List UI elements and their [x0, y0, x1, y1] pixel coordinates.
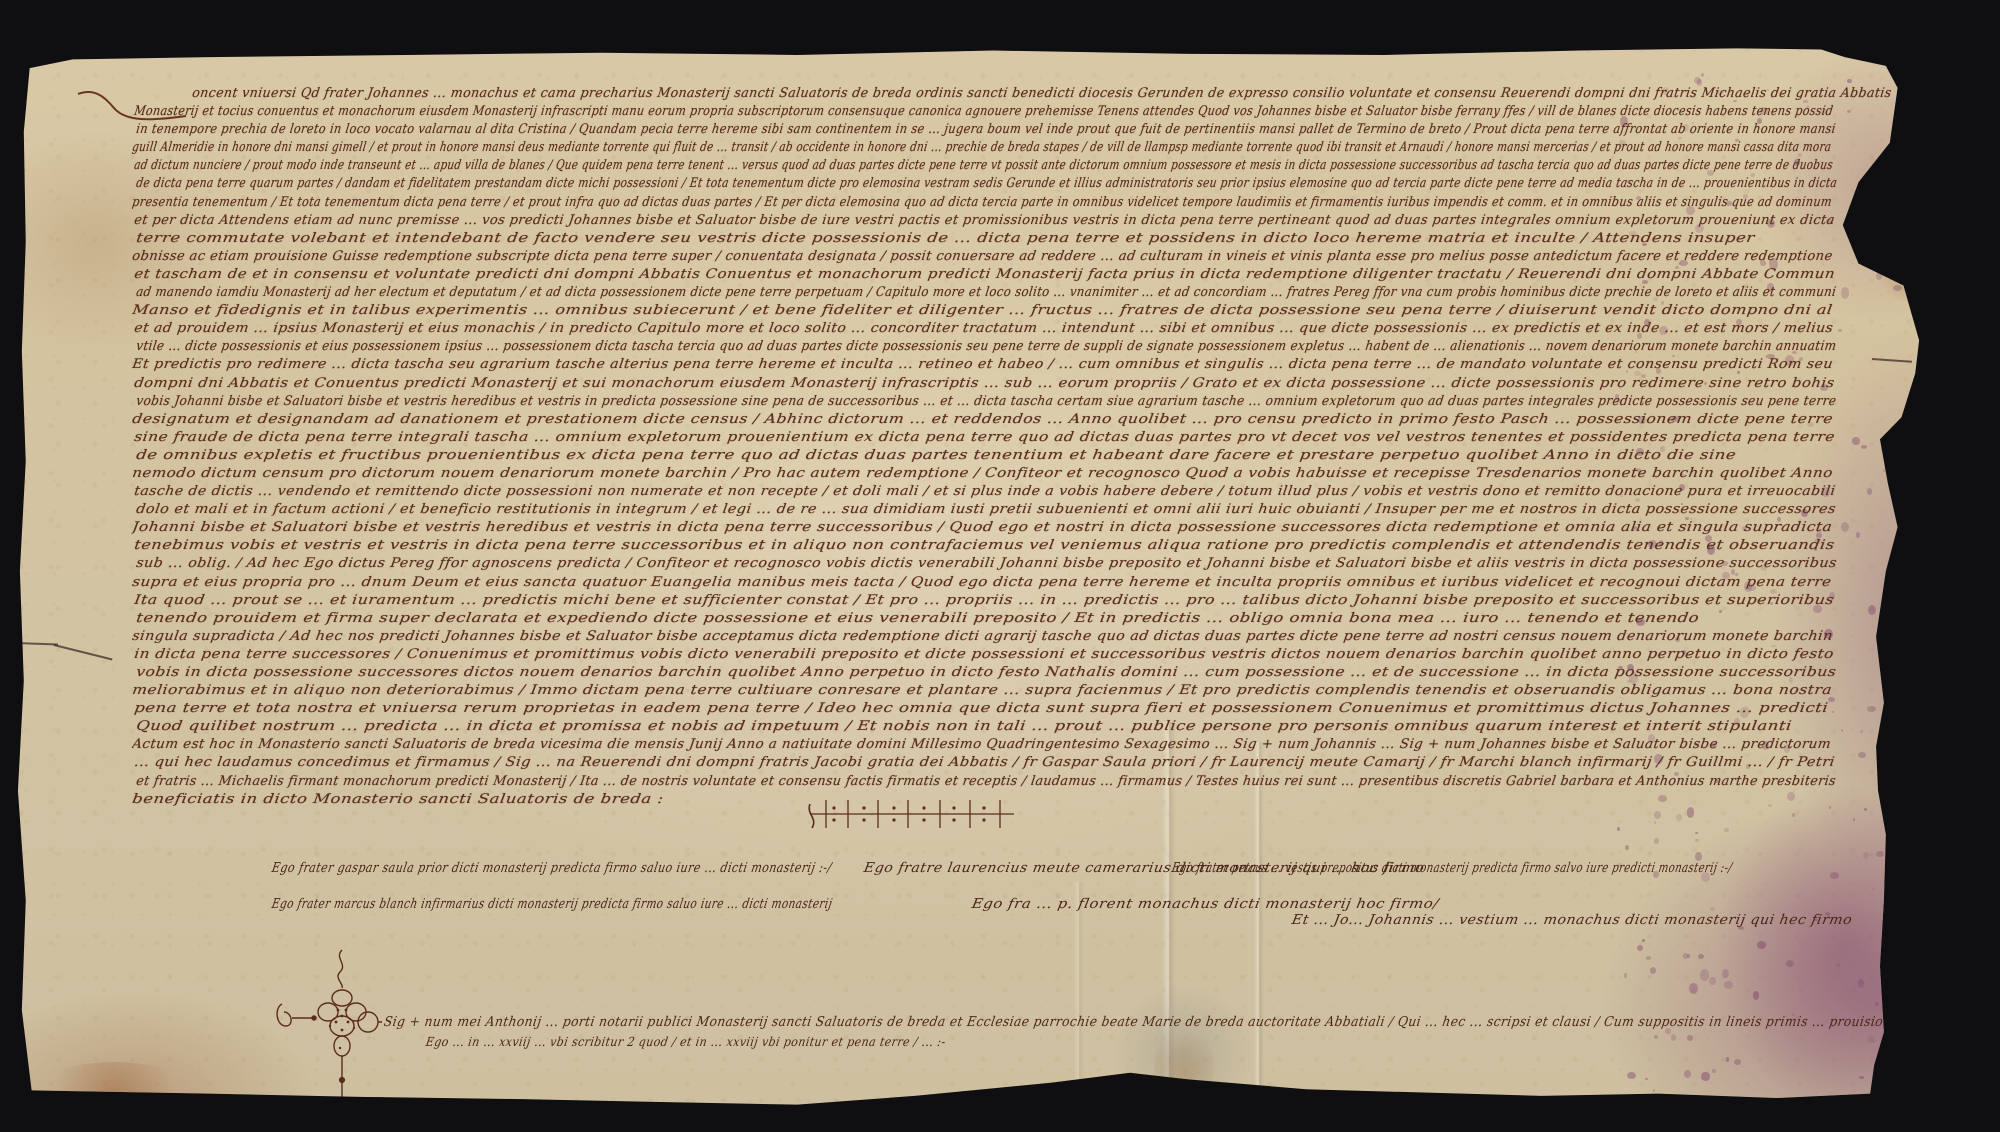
charter-line: obnisse ac etiam prouisione Guisse redem…: [131, 249, 1934, 267]
charter-line: sub ... oblig. / Ad hec Ego dictus Pereg…: [135, 556, 1934, 574]
mold-speck: [1695, 839, 1699, 843]
mold-speck: [1917, 939, 1920, 941]
mold-speck: [1890, 996, 1894, 1002]
charter-line: in dicta pena terre successores / Conuen…: [133, 647, 1934, 665]
mold-speck: [1876, 851, 1883, 858]
subscription-line: Et ... Jo... Johannis ... vestium ... mo…: [1291, 912, 1854, 928]
charter-line-text: vtile ... dicte possessionis et eius pos…: [135, 339, 1837, 354]
mold-speck: [1637, 945, 1643, 951]
mold-speck: [1684, 1070, 1691, 1078]
water-stain: [1154, 1022, 1214, 1122]
charter-line: designatum et designandam ad danationem …: [131, 412, 1934, 430]
charter-line-text: et per dicta Attendens etiam ad nunc pre…: [133, 213, 1836, 228]
mold-speck: [1907, 1019, 1909, 1021]
charter-line-text: tasche de dictis ... vendendo et remitte…: [133, 484, 1836, 499]
mold-speck: [1906, 776, 1914, 782]
mold-speck: [1903, 430, 1910, 437]
mold-speck: [1917, 899, 1926, 910]
charter-line-text: Manso et fidedignis et in talibus experi…: [131, 303, 1833, 318]
parchment-crack: [54, 644, 113, 660]
charter-line: singula supradicta / Ad hec nos predicti…: [131, 629, 1934, 647]
mold-speck: [1888, 144, 1890, 146]
mold-speck: [1899, 733, 1908, 741]
charter-line-text: et ad prouidem ... ipsius Monasterij et …: [133, 321, 1834, 336]
charter-line-text: ... qui hec laudamus concedimus et firma…: [133, 755, 1836, 770]
mold-speck: [1898, 1051, 1904, 1055]
mold-stain: [1714, 782, 1974, 1112]
mold-speck: [1924, 671, 1931, 678]
mold-speck: [1646, 956, 1651, 960]
fold-crease: [1074, 882, 1084, 1082]
mold-speck: [1933, 200, 1937, 205]
mold-speck: [1853, 818, 1856, 820]
mold-speck: [1654, 838, 1660, 844]
charter-line: ad manendo iamdiu Monasterij ad her elec…: [135, 285, 1934, 303]
mold-speck: [1889, 702, 1896, 711]
charter-line-text: tenendo prouidem et firma super declarat…: [135, 611, 1700, 626]
water-stain: [34, 1062, 194, 1122]
subscription-line: Ego fra ... p. florent monachus dicti mo…: [971, 896, 1441, 912]
mold-speck: [1625, 845, 1629, 849]
mold-speck: [1617, 827, 1621, 831]
mold-speck: [1932, 786, 1940, 794]
charter-body: oncent vniuersi Qd frater Johannes ... m…: [132, 86, 1932, 810]
notarial-sign-icon: [272, 942, 382, 1112]
mold-speck: [1921, 392, 1928, 401]
mold-speck: [1929, 654, 1931, 655]
charter-line-text: in tenempore prechia de loreto in loco v…: [135, 122, 1837, 137]
charter-line-text: nemodo dictum censum pro dictorum nouem …: [131, 466, 1834, 481]
mold-speck: [1847, 79, 1851, 82]
mold-speck: [1830, 872, 1838, 878]
mold-speck: [1654, 1035, 1659, 1039]
charter-line: tasche de dictis ... vendendo et remitte…: [133, 484, 1934, 502]
charter-line-text: terre commutate volebant et intendebant …: [135, 231, 1755, 246]
charter-line: sine fraude de dicta pena terre integral…: [133, 430, 1934, 448]
charter-line-text: Actum est hoc in Monasterio sancti Salua…: [131, 737, 1832, 752]
charter-line-text: et tascham de et in consensu et voluntat…: [133, 267, 1836, 282]
charter-line-text: guill Almeridie in honore dni mansi gime…: [131, 140, 1832, 155]
charter-line-text: supra et eius propria pro ... dnum Deum …: [131, 575, 1832, 590]
charter-line-text: de omnibus expletis et fructibus proueni…: [135, 448, 1737, 463]
mold-speck: [1907, 267, 1914, 271]
charter-line: pena terre et tota nostra et vniuersa re…: [133, 701, 1934, 719]
charter-line-text: sub ... oblig. / Ad hec Ego dictus Pereg…: [135, 556, 1838, 571]
mold-speck: [1645, 1078, 1648, 1080]
mold-speck: [1888, 1017, 1891, 1020]
charter-line-text: singula supradicta / Ad hec nos predicti…: [131, 629, 1834, 644]
parchment-sheet: oncent vniuersi Qd frater Johannes ... m…: [14, 22, 1972, 1120]
mold-speck: [1935, 874, 1939, 878]
mold-speck: [1858, 979, 1864, 988]
mold-speck: [1928, 885, 1937, 896]
mold-speck: [1724, 981, 1733, 989]
mold-speck: [1929, 611, 1936, 619]
mold-speck: [1642, 939, 1645, 942]
mold-speck: [1724, 828, 1729, 832]
charter-line: meliorabimus et in aliquo non deteriorab…: [131, 683, 1934, 701]
mold-speck: [1757, 941, 1766, 949]
charter-line-text: designatum et designandam ad danationem …: [131, 412, 1834, 427]
mold-speck: [1694, 77, 1700, 84]
mold-speck: [1687, 954, 1690, 958]
mold-speck: [1880, 956, 1887, 961]
subscription-line: Ego frater petrus ... vestis prepositus …: [1171, 860, 1734, 876]
charter-line-text: beneficiatis in dicto Monasterio sancti …: [131, 792, 664, 807]
charter-line: Et predictis pro redimere ... dicta tasc…: [131, 357, 1934, 375]
mold-speck: [1891, 494, 1895, 497]
charter-line: beneficiatis in dicto Monasterio sancti …: [131, 792, 1934, 810]
charter-line-text: dompni dni Abbatis et Conuentus predicti…: [133, 376, 1835, 391]
charter-line: de dicta pena terre quarum partes / dand…: [135, 176, 1934, 194]
parchment-crack: [14, 642, 58, 646]
charter-line-text: pena terre et tota nostra et vniuersa re…: [133, 701, 1829, 716]
mold-speck: [1701, 73, 1704, 77]
charter-line: vobis Johanni bisbe et Saluatori bisbe e…: [135, 394, 1934, 412]
charter-line: dolo et mali et in factum actioni / et b…: [135, 502, 1934, 520]
subscription-line: Ego frater marcus blanch infirmarius dic…: [271, 896, 834, 912]
mold-speck: [1700, 969, 1708, 980]
mold-speck: [1710, 907, 1716, 911]
mold-speck: [1920, 857, 1926, 863]
charter-line-text: Johanni bisbe et Saluatori bisbe et vest…: [131, 520, 1833, 535]
mold-speck: [1698, 954, 1704, 959]
charter-line-text: Monasterij et tocius conuentus et monach…: [133, 104, 1834, 119]
charter-line-text: ad dictum nunciere / prout modo inde tra…: [133, 158, 1834, 173]
charter-line-text: dolo et mali et in factum actioni / et b…: [135, 502, 1837, 517]
charter-line: Manso et fidedignis et in talibus experi…: [131, 303, 1934, 321]
mold-speck: [1650, 967, 1656, 974]
mold-speck: [1792, 813, 1796, 817]
charter-line: ... qui hec laudamus concedimus et firma…: [133, 755, 1934, 773]
mold-speck: [1701, 1072, 1709, 1080]
mold-speck: [1689, 983, 1697, 994]
charter-line: Quod quilibet nostrum ... predicta ... i…: [135, 719, 1934, 737]
charter-line: dompni dni Abbatis et Conuentus predicti…: [133, 376, 1934, 394]
mold-speck: [1929, 246, 1937, 253]
charter-line: Actum est hoc in Monasterio sancti Salua…: [131, 737, 1934, 755]
mold-speck: [1786, 960, 1795, 967]
charter-line-text: et fratris ... Michaelis firmant monacho…: [135, 774, 1837, 789]
charter-line-text: ad manendo iamdiu Monasterij ad her elec…: [135, 285, 1837, 300]
subscription-line: Ego frater gaspar saula prior dicti mona…: [271, 860, 834, 876]
charter-line: Ita quod ... prout se ... et iuramentum …: [133, 593, 1934, 611]
mold-speck: [1859, 1076, 1864, 1080]
mold-speck: [1924, 520, 1928, 524]
water-stain: [1114, 982, 1254, 1122]
mold-speck: [1712, 1069, 1715, 1073]
charter-line: presentia tenementum / Et tota tenementu…: [131, 195, 1934, 213]
mold-speck: [1734, 1059, 1741, 1065]
charter-line-text: Quod quilibet nostrum ... predicta ... i…: [135, 719, 1793, 734]
mold-speck: [1627, 1072, 1636, 1079]
charter-line: supra et eius propria pro ... dnum Deum …: [131, 575, 1934, 593]
mold-speck: [1885, 621, 1890, 624]
mold-speck: [1726, 1057, 1729, 1061]
mold-speck: [1872, 887, 1875, 890]
mold-speck: [1915, 255, 1923, 260]
charter-line-text: vobis in dicta possessione successores d…: [135, 665, 1837, 680]
charter-line: et per dicta Attendens etiam ad nunc pre…: [133, 213, 1934, 231]
charter-line-text: tenebimus vobis et vestris et vestris in…: [133, 538, 1835, 553]
mold-speck: [1933, 488, 1941, 497]
mold-speck: [1676, 814, 1682, 821]
charter-line-text: Et predictis pro redimere ... dicta tasc…: [131, 357, 1834, 372]
charter-line: oncent vniuersi Qd frater Johannes ... m…: [191, 86, 1934, 104]
monks-signa-mark: [804, 798, 1024, 832]
charter-line: tenebimus vobis et vestris et vestris in…: [133, 538, 1934, 556]
charter-line: Monasterij et tocius conuentus et monach…: [133, 104, 1934, 122]
mold-speck: [1878, 1080, 1883, 1084]
mold-speck: [1934, 364, 1937, 367]
charter-line: vobis in dicta possessione successores d…: [135, 665, 1934, 683]
mold-speck: [1653, 1089, 1655, 1092]
mold-speck: [1904, 673, 1912, 682]
mold-speck: [1937, 458, 1944, 467]
charter-line: et ad prouidem ... ipsius Monasterij et …: [133, 321, 1934, 339]
mold-speck: [1875, 1002, 1879, 1006]
mold-speck: [1912, 615, 1920, 626]
document-scan: oncent vniuersi Qd frater Johannes ... m…: [0, 0, 2000, 1132]
mold-speck: [1722, 969, 1729, 978]
mold-speck: [1935, 246, 1941, 252]
mold-speck: [1863, 852, 1869, 859]
mold-speck: [1624, 973, 1627, 977]
charter-line: Johanni bisbe et Saluatori bisbe et vest…: [131, 520, 1934, 538]
charter-line-text: vobis Johanni bisbe et Saluatori bisbe e…: [135, 394, 1837, 409]
mold-speck: [1671, 1034, 1676, 1040]
mold-speck: [1753, 991, 1760, 1000]
mold-speck: [1886, 764, 1893, 773]
mold-speck: [1905, 248, 1909, 251]
charter-line-text: presentia tenementum / Et tota tenementu…: [131, 195, 1833, 210]
charter-line: vtile ... dicte possessionis et eius pos…: [135, 339, 1934, 357]
mold-speck: [1654, 821, 1656, 824]
notarial-subscription-line-1: Sig + num mei Anthonij ... porti notarii…: [383, 1014, 1885, 1030]
charter-line: et tascham de et in consensu et voluntat…: [133, 267, 1934, 285]
charter-line-text: obnisse ac etiam prouisione Guisse redem…: [131, 249, 1833, 264]
mold-speck: [1924, 507, 1933, 518]
mold-speck: [1939, 675, 1941, 677]
mold-speck: [1709, 977, 1716, 984]
mold-speck: [1695, 832, 1698, 834]
mold-speck: [1901, 1006, 1903, 1009]
charter-line: guill Almeridie in honore dni mansi gime…: [131, 140, 1934, 158]
notarial-subscription-line-2: Ego ... in ... xxviij ... vbi scribitur …: [425, 1034, 947, 1049]
mold-speck: [1935, 932, 1944, 942]
charter-line: et fratris ... Michaelis firmant monacho…: [135, 774, 1934, 792]
charter-line-text: Ita quod ... prout se ... et iuramentum …: [133, 593, 1835, 608]
mold-speck: [1888, 787, 1891, 791]
charter-line: tenendo prouidem et firma super declarat…: [135, 611, 1934, 629]
charter-line: in tenempore prechia de loreto in loco v…: [135, 122, 1934, 140]
mold-speck: [1881, 787, 1887, 793]
charter-line-text: in dicta pena terre successores / Conuen…: [133, 647, 1835, 662]
charter-line-text: meliorabimus et in aliquo non deteriorab…: [131, 683, 1833, 698]
mold-speck: [1919, 587, 1925, 592]
charter-line-text: de dicta pena terre quarum partes / dand…: [135, 176, 1838, 191]
charter-line: de omnibus expletis et fructibus proueni…: [135, 448, 1934, 466]
charter-line-text: oncent vniuersi Qd frater Johannes ... m…: [191, 86, 1892, 101]
mold-speck: [1868, 1036, 1875, 1042]
mold-speck: [1654, 811, 1661, 819]
charter-line-text: sine fraude de dicta pena terre integral…: [133, 430, 1836, 445]
mold-speck: [1836, 963, 1840, 967]
mold-speck: [1921, 549, 1925, 552]
mold-speck: [1931, 616, 1938, 625]
charter-line: ad dictum nunciere / prout modo inde tra…: [133, 158, 1934, 176]
mold-speck: [1683, 953, 1688, 958]
charter-line: nemodo dictum censum pro dictorum nouem …: [131, 466, 1934, 484]
mold-speck: [1687, 1035, 1693, 1042]
charter-line: terre commutate volebant et intendebant …: [135, 231, 1934, 249]
